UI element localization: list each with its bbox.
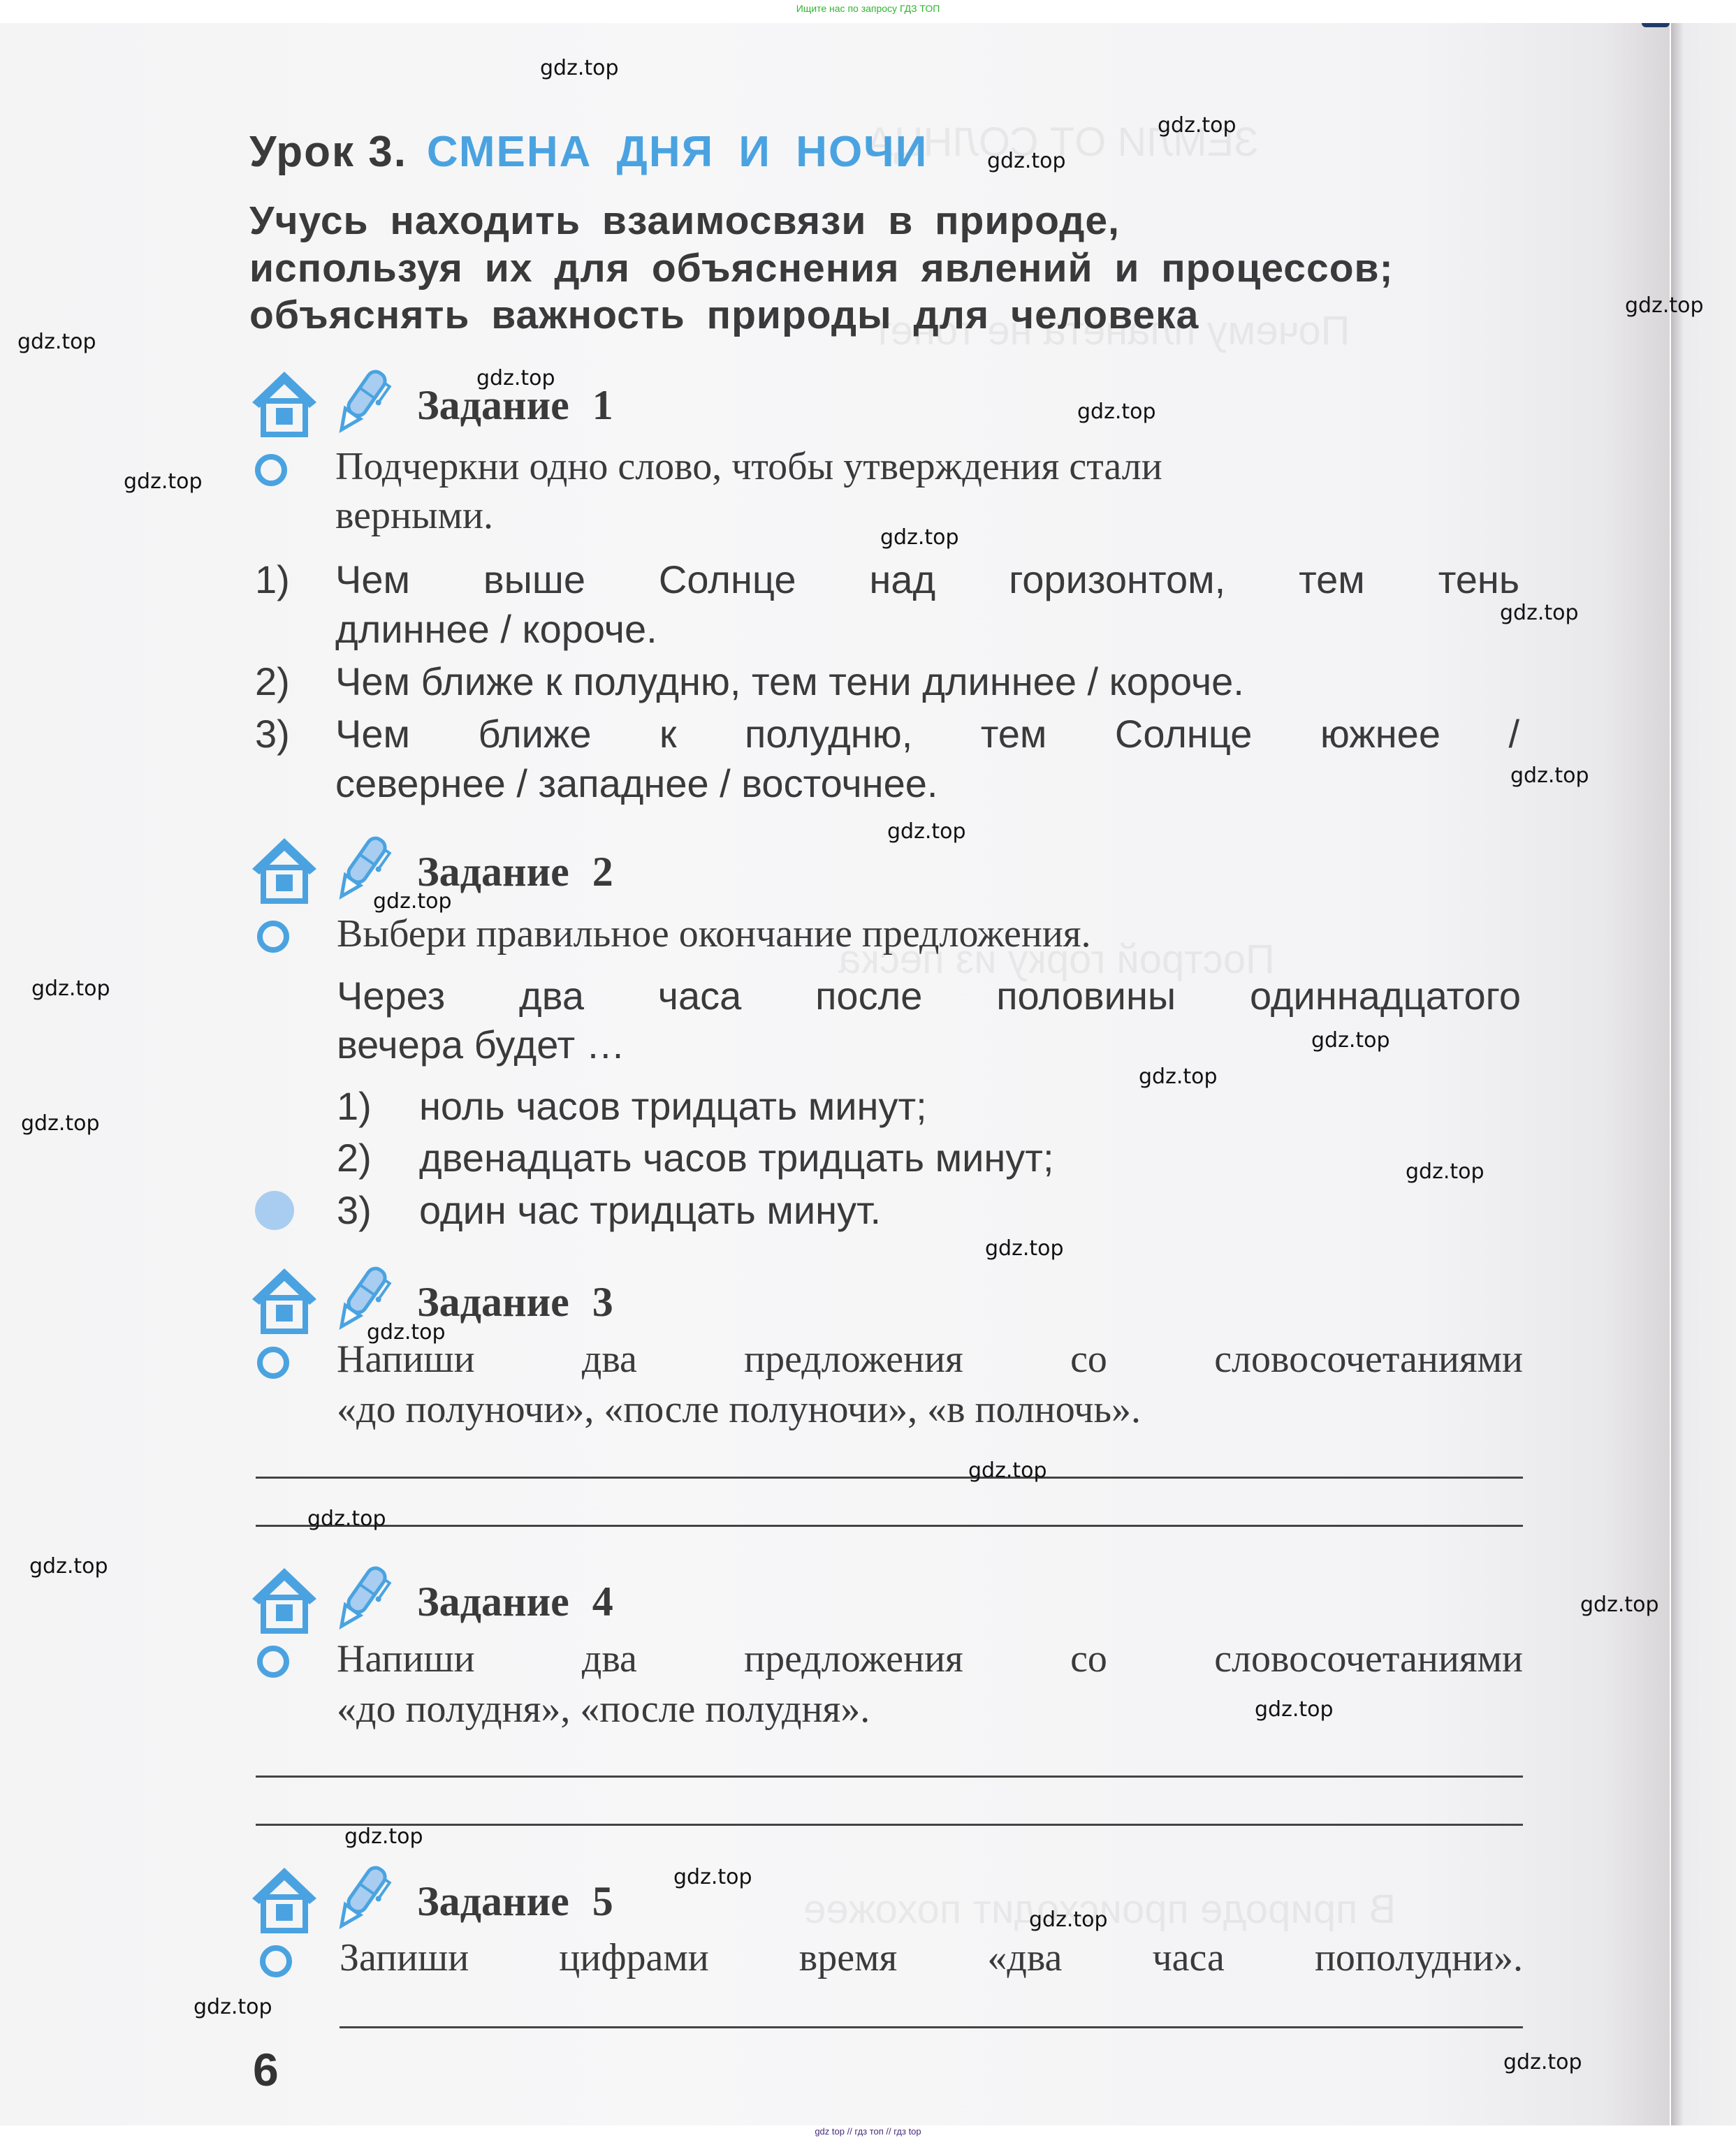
task-3-instruction-cont: «до полуночи», «после полуночи», «в полн… — [337, 1387, 1141, 1432]
task-2-header: Задание 2 — [249, 835, 808, 912]
watermark: gdz.top — [17, 330, 96, 354]
option-3[interactable]: один час тридцать минут. — [419, 1187, 881, 1233]
watermark: gdz.top — [880, 525, 959, 550]
top-banner[interactable]: Ищите нас по запросу ГДЗ ТОП — [0, 3, 1736, 14]
watermark: gdz.top — [21, 1111, 100, 1136]
self-check-circle[interactable] — [255, 454, 287, 486]
statement-3: Чем ближе к полудню, тем Солнце южнее / — [335, 711, 1519, 756]
answer-line[interactable] — [256, 1824, 1523, 1826]
lesson-name: СМЕНА ДНЯ И НОЧИ — [427, 128, 928, 176]
self-check-circle[interactable] — [257, 921, 289, 953]
workbook-page — [0, 23, 1670, 2125]
task-4-header: Задание 4 — [249, 1565, 808, 1642]
page-number: 6 — [253, 2043, 279, 2096]
house-icon — [249, 369, 319, 439]
watermark: gdz.top — [887, 819, 966, 844]
watermark: gdz.top — [985, 1236, 1064, 1261]
answer-line[interactable] — [256, 1525, 1523, 1527]
watermark: gdz.top — [1406, 1159, 1485, 1184]
watermark: gdz.top — [1158, 113, 1237, 138]
self-check-circle[interactable] — [260, 1945, 292, 1977]
next-page-edge — [1671, 23, 1736, 2125]
task-label: Задание 3 — [417, 1278, 613, 1326]
watermark: gdz.top — [1580, 1593, 1659, 1617]
watermark: gdz.top — [344, 1824, 423, 1849]
watermark: gdz.top — [1311, 1028, 1390, 1053]
watermark: gdz.top — [968, 1458, 1047, 1483]
lesson-goal: используя их для объяснения явлений и пр… — [249, 245, 1394, 291]
answer-line[interactable] — [256, 1776, 1523, 1778]
lesson-number: Урок 3. — [249, 128, 407, 176]
watermark: gdz.top — [31, 976, 110, 1001]
self-check-circle[interactable] — [257, 1347, 289, 1379]
watermark: gdz.top — [1503, 2050, 1582, 2074]
statement-2[interactable]: Чем ближе к полудню, тем тени длиннее / … — [335, 659, 1244, 704]
task-label: Задание 5 — [417, 1877, 613, 1926]
watermark: gdz.top — [194, 1995, 272, 2019]
watermark: gdz.top — [373, 889, 452, 914]
task-2-instruction: Выбери правильное окончание предложения. — [337, 912, 1091, 956]
option-number: 2) — [337, 1135, 372, 1180]
task-1-instruction: Подчеркни одно слово, чтобы утверждения … — [335, 444, 1519, 489]
watermark: gdz.top — [987, 149, 1066, 173]
selected-answer-marker[interactable] — [255, 1191, 294, 1230]
item-number: 2) — [255, 659, 290, 704]
watermark: gdz.top — [476, 366, 555, 390]
instruction-text: Подчеркни одно слово, чтобы утверждения … — [335, 444, 1162, 489]
watermark: gdz.top — [367, 1320, 446, 1345]
item-number: 1) — [255, 557, 290, 602]
item-number: 3) — [255, 711, 290, 756]
task-2-question-cont: вечера будет … — [337, 1022, 625, 1067]
option-number: 3) — [337, 1187, 372, 1233]
option-2[interactable]: двенадцать часов тридцать минут; — [419, 1135, 1054, 1180]
watermark: gdz.top — [540, 56, 619, 80]
watermark: gdz.top — [1077, 400, 1156, 424]
self-check-circle[interactable] — [257, 1646, 289, 1678]
task-2-question: Через два часа после половины одиннадцат… — [337, 973, 1521, 1018]
task-4-instruction-cont: «до полудня», «после полудня». — [337, 1687, 870, 1732]
statement-3-options[interactable]: севернее / западнее / восточнее. — [335, 761, 938, 806]
task-label: Задание 4 — [417, 1578, 613, 1626]
answer-line[interactable] — [340, 2026, 1523, 2028]
pen-icon — [330, 1859, 393, 1936]
watermark: gdz.top — [1625, 293, 1704, 318]
watermark: gdz.top — [1510, 763, 1589, 788]
task-4-instruction: Напиши два предложения со словосочетания… — [337, 1637, 1523, 1681]
binding-mark — [1642, 23, 1670, 27]
task-1-instruction-cont: верными. — [335, 493, 493, 538]
watermark: gdz.top — [1139, 1064, 1218, 1089]
statement-1: Чем выше Солнце над горизонтом, тем тень — [335, 557, 1519, 602]
option-number: 1) — [337, 1083, 372, 1129]
task-3-instruction: Напиши два предложения со словосочетания… — [337, 1337, 1523, 1382]
bottom-banner[interactable]: gdz top // гдз топ // гдз top — [0, 2126, 1736, 2137]
pen-icon — [330, 1560, 393, 1637]
lesson-title: Урок 3.СМЕНА ДНЯ И НОЧИ — [249, 127, 928, 177]
watermark: gdz.top — [29, 1554, 108, 1579]
watermark: gdz.top — [307, 1507, 386, 1531]
house-icon — [249, 835, 319, 905]
watermark: gdz.top — [1029, 1908, 1108, 1932]
watermark: gdz.top — [1255, 1697, 1334, 1722]
task-3-header: Задание 3 — [249, 1266, 808, 1342]
house-icon — [249, 1865, 319, 1935]
house-icon — [249, 1565, 319, 1635]
statement-1-options[interactable]: длиннее / короче. — [335, 606, 657, 652]
lesson-goal: объяснять важность природы для человека — [249, 292, 1199, 338]
watermark: gdz.top — [124, 469, 203, 494]
pen-icon — [330, 363, 393, 440]
option-1[interactable]: ноль часов тридцать минут; — [419, 1083, 927, 1129]
answer-line[interactable] — [256, 1477, 1523, 1479]
watermark: gdz.top — [673, 1865, 752, 1889]
house-icon — [249, 1266, 319, 1335]
lesson-goal: Учусь находить взаимосвязи в природе, — [249, 198, 1120, 244]
task-5-instruction: Запиши цифрами время «два часа пополудни… — [340, 1935, 1523, 1980]
watermark: gdz.top — [1500, 601, 1579, 625]
